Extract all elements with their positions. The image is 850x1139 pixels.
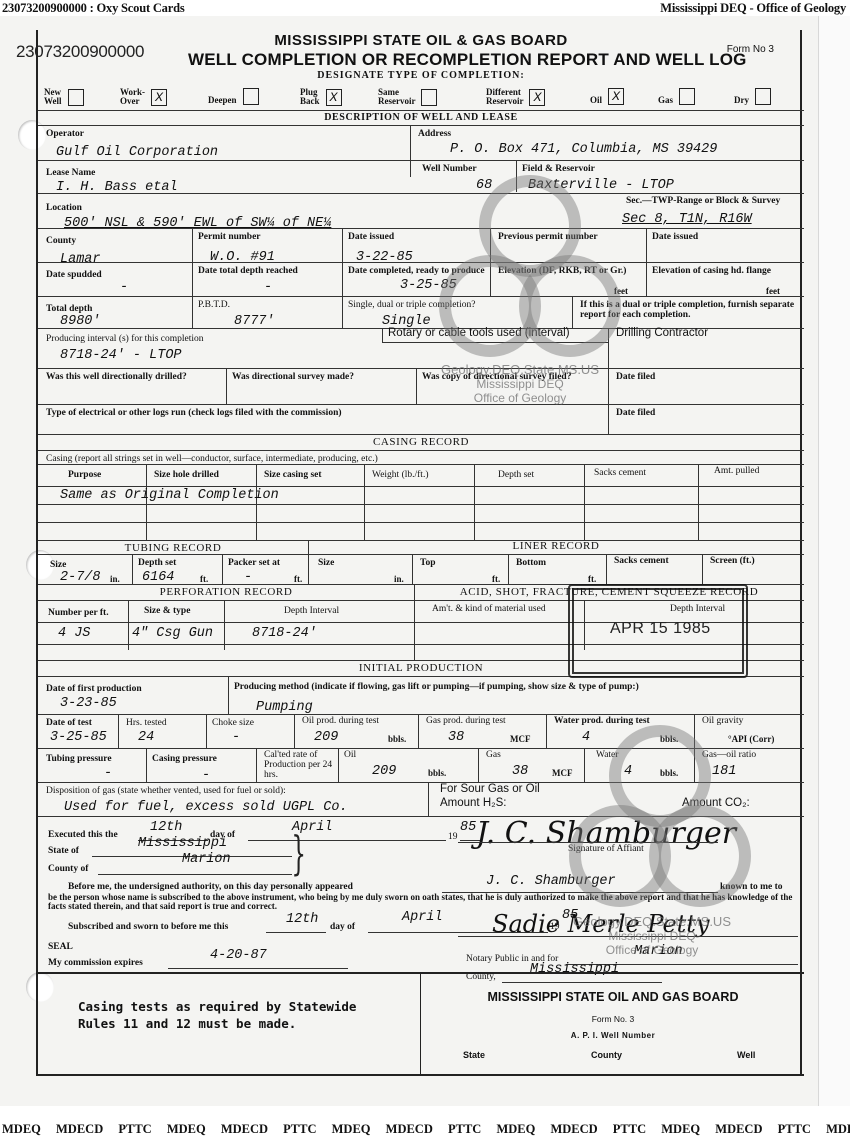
checkbox-gas[interactable]: Gas bbox=[658, 88, 695, 105]
disposition-label: Disposition of gas (state whether vented… bbox=[46, 786, 286, 796]
commission-label: My commission expires bbox=[48, 958, 143, 968]
board-form-number: Form No. 3 bbox=[421, 1014, 805, 1024]
section-title-well-lease: DESCRIPTION OF WELL AND LEASE bbox=[38, 112, 804, 123]
gas-rate-label: Gas bbox=[486, 750, 501, 760]
date-td-label: Date total depth reached bbox=[198, 266, 298, 276]
signature-line bbox=[458, 936, 798, 937]
date-spudded-value[interactable]: - bbox=[120, 280, 128, 295]
first-production-label: Date of first production bbox=[46, 684, 142, 694]
checkbox-new-well[interactable]: NewWell bbox=[44, 88, 84, 106]
commission-value[interactable]: 4-20-87 bbox=[210, 948, 267, 963]
divider bbox=[428, 782, 429, 816]
underline bbox=[168, 968, 348, 969]
appeared-name[interactable]: J. C. Shamburger bbox=[486, 874, 616, 889]
section-title-perforation: PERFORATION RECORD bbox=[38, 586, 414, 598]
checkbox-oil[interactable]: Oil X bbox=[590, 88, 624, 105]
county-of-value[interactable]: Marion bbox=[182, 852, 231, 867]
water-test-value[interactable]: 4 bbox=[582, 730, 590, 745]
liner-col-sacks: Sacks cement bbox=[614, 556, 669, 566]
test-date-label: Date of test bbox=[46, 718, 92, 728]
perf-row-1-depth[interactable]: 8718-24' bbox=[252, 626, 317, 641]
field-reservoir-label: Field & Reservoir bbox=[522, 164, 595, 174]
notary-signature: Sadie Merle Petty bbox=[492, 910, 710, 938]
divider bbox=[608, 328, 609, 368]
test-date-value[interactable]: 3-25-85 bbox=[50, 730, 107, 745]
date-completed-label: Date completed, ready to produce bbox=[348, 266, 488, 276]
divider bbox=[226, 368, 227, 404]
choke-size-label: Choke size bbox=[212, 718, 254, 728]
hrs-tested-value[interactable]: 24 bbox=[138, 730, 154, 745]
water-test-label: Water prod. during test bbox=[554, 716, 650, 726]
sworn-day-of-label: day of bbox=[330, 922, 355, 932]
date-spudded-label: Date spudded bbox=[46, 270, 102, 280]
casing-tests-note: Casing tests as required by Statewide Ru… bbox=[78, 998, 356, 1032]
executed-year[interactable]: 85 bbox=[460, 820, 476, 835]
casing-col-amt-pulled: Amt. pulled bbox=[714, 466, 759, 476]
county-of-label: County of bbox=[48, 864, 88, 874]
divider bbox=[38, 404, 804, 405]
board-title: MISSISSIPPI STATE OIL AND GAS BOARD bbox=[421, 990, 805, 1004]
producing-method-value[interactable]: Pumping bbox=[256, 700, 313, 715]
divider bbox=[206, 714, 207, 748]
casing-col-weight: Weight (lb./ft.) bbox=[372, 470, 429, 480]
co2-label: Amount CO₂: bbox=[682, 798, 750, 808]
tubing-depth-label: Depth set bbox=[138, 558, 176, 568]
underline bbox=[98, 874, 292, 875]
previous-permit-label: Previous permit number bbox=[498, 232, 598, 242]
acid-col-material: Am't. & kind of material used bbox=[432, 604, 546, 614]
underline bbox=[266, 932, 326, 933]
gas-test-value[interactable]: 38 bbox=[448, 730, 464, 745]
liner-top-unit: ft. bbox=[492, 574, 500, 584]
water-rate-value[interactable]: 4 bbox=[624, 764, 632, 779]
sec-twp-range-label: Sec.—TWP-Range or Block & Survey bbox=[626, 196, 780, 206]
perf-row-1-size-type[interactable]: 4" Csg Gun bbox=[132, 626, 213, 641]
casing-pressure-value[interactable]: - bbox=[202, 768, 210, 783]
sec-twp-range-value[interactable]: Sec 8, T1N, R16W bbox=[622, 212, 752, 227]
logs-date-filed-label: Date filed bbox=[616, 408, 655, 418]
hrs-tested-label: Hrs. tested bbox=[126, 718, 167, 728]
divider bbox=[294, 714, 295, 748]
casing-col-sacks: Sacks cement bbox=[594, 468, 646, 478]
divider bbox=[412, 554, 413, 584]
page-edge bbox=[818, 16, 850, 1106]
executed-day[interactable]: 12th bbox=[150, 820, 182, 835]
logs-run-label: Type of electrical or other logs run (ch… bbox=[46, 408, 342, 418]
tubing-pressure-label: Tubing pressure bbox=[46, 754, 112, 764]
divider bbox=[606, 554, 607, 584]
checkbox-plug-back[interactable]: PlugBack X bbox=[300, 88, 342, 106]
checkbox-dry[interactable]: Dry bbox=[734, 88, 771, 105]
source-title: Mississippi DEQ - Office of Geology bbox=[660, 1, 846, 16]
divider bbox=[128, 600, 129, 650]
divider bbox=[702, 554, 703, 584]
oil-test-label: Oil prod. during test bbox=[302, 716, 379, 726]
liner-bottom-unit: ft. bbox=[588, 574, 596, 584]
executed-label: Executed this the bbox=[48, 830, 118, 840]
completion-kind-label: Single, dual or triple completion? bbox=[348, 300, 475, 310]
divider bbox=[38, 450, 804, 451]
divider bbox=[38, 368, 804, 369]
elevation-unit: feet bbox=[614, 286, 628, 296]
elevation-casing-label: Elevation of casing hd. flange bbox=[652, 266, 782, 276]
well-completion-form: 23073200900000 MISSISSIPPI STATE OIL & G… bbox=[36, 30, 802, 1076]
producing-method-label: Producing method (indicate if flowing, g… bbox=[234, 682, 639, 692]
divider bbox=[516, 160, 517, 192]
api-county-label: County bbox=[591, 1050, 622, 1060]
api-state-label: State bbox=[463, 1050, 485, 1060]
form-header: 23073200900000 MISSISSIPPI STATE OIL & G… bbox=[38, 30, 804, 120]
well-number-value[interactable]: 68 bbox=[476, 178, 492, 193]
sworn-day[interactable]: 12th bbox=[286, 912, 318, 927]
divider bbox=[118, 714, 119, 748]
producing-interval-value[interactable]: 8718-24' - LTOP bbox=[60, 348, 182, 363]
water-test-unit: bbls. bbox=[660, 734, 678, 744]
oil-rate-label: Oil bbox=[344, 750, 356, 760]
casing-col-purpose: Purpose bbox=[68, 470, 101, 480]
divider bbox=[474, 464, 475, 540]
section-title-liner: LINER RECORD bbox=[308, 540, 804, 552]
date-issued-label: Date issued bbox=[348, 232, 394, 242]
elevation-casing-unit: feet bbox=[766, 286, 780, 296]
form-title-report: WELL COMPLETION OR RECOMPLETION REPORT A… bbox=[188, 50, 747, 70]
liner-col-top: Top bbox=[420, 558, 436, 568]
divider bbox=[38, 125, 804, 126]
divider bbox=[38, 193, 804, 194]
county-label: County bbox=[46, 236, 76, 246]
date-filed-label: Date filed bbox=[616, 372, 655, 382]
received-date: APR 15 1985 bbox=[610, 620, 711, 638]
elevation-label: Elevation (DF, RKB, RT or Gr.) bbox=[498, 266, 638, 276]
executed-year-prefix: 19 bbox=[448, 832, 458, 842]
total-depth-label: Total depth bbox=[46, 304, 92, 314]
scanned-form-page: 23073200900000 MISSISSIPPI STATE OIL & G… bbox=[0, 16, 850, 1106]
sour-gas-label: For Sour Gas or Oil bbox=[440, 784, 540, 794]
divider bbox=[38, 464, 804, 465]
well-number-label: Well Number bbox=[422, 164, 477, 174]
oil-test-value[interactable]: 209 bbox=[314, 730, 338, 745]
county-value[interactable]: Lamar bbox=[60, 252, 101, 267]
location-label: Location bbox=[46, 203, 82, 213]
survey-made-label: Was directional survey made? bbox=[232, 372, 354, 382]
oil-gravity-unit: °API (Corr) bbox=[728, 734, 774, 744]
casing-col-size-casing: Size casing set bbox=[264, 470, 322, 480]
field-reservoir-value[interactable]: Baxterville - LTOP bbox=[528, 178, 674, 193]
oil-gravity-label: Oil gravity bbox=[702, 716, 743, 726]
form-number: Form No 3 bbox=[727, 44, 774, 55]
divider bbox=[38, 228, 804, 229]
tubing-depth-unit: ft. bbox=[200, 574, 208, 584]
gas-rate-value[interactable]: 38 bbox=[512, 764, 528, 779]
tubing-size-unit: in. bbox=[110, 574, 120, 584]
divider bbox=[584, 464, 585, 540]
packer-value[interactable]: - bbox=[244, 570, 252, 585]
divider bbox=[410, 125, 411, 177]
perf-row-1-number[interactable]: 4 JS bbox=[58, 626, 90, 641]
divider bbox=[38, 110, 804, 111]
checkbox-deepen[interactable]: Deepen bbox=[208, 88, 259, 105]
tubing-size-value[interactable]: 2-7/8 bbox=[60, 570, 101, 585]
operator-label: Operator bbox=[46, 129, 84, 139]
state-of-value[interactable]: Mississippi bbox=[138, 836, 227, 851]
drilling-contractor-label: Drilling Contractor bbox=[616, 328, 708, 338]
liner-size-unit: in. bbox=[394, 574, 404, 584]
divider bbox=[222, 554, 223, 584]
signature-line bbox=[458, 842, 718, 843]
gas-rate-unit: MCF bbox=[552, 768, 573, 778]
divider bbox=[338, 748, 339, 782]
tubing-pressure-value[interactable]: - bbox=[104, 766, 112, 781]
divider bbox=[584, 748, 585, 782]
pbtd-value[interactable]: 8777' bbox=[234, 314, 275, 329]
divider bbox=[608, 368, 609, 434]
oath-text: be the person whose name is subscribed t… bbox=[48, 893, 800, 911]
known-text: known to me to bbox=[720, 882, 783, 892]
water-rate-label: Water bbox=[596, 750, 618, 760]
oil-rate-unit: bbls. bbox=[428, 768, 446, 778]
divider bbox=[546, 714, 547, 748]
casing-instruction: Casing (report all strings set in well—c… bbox=[46, 454, 378, 464]
casing-pressure-label: Casing pressure bbox=[152, 754, 217, 764]
divider bbox=[224, 600, 225, 650]
divider bbox=[38, 160, 804, 161]
divider bbox=[364, 464, 365, 540]
divider bbox=[382, 328, 383, 342]
signature-affiant-label: Signature of Affiant bbox=[568, 844, 644, 854]
divider bbox=[132, 554, 133, 584]
address-value[interactable]: P. O. Box 471, Columbia, MS 39429 bbox=[450, 142, 717, 157]
date-td-value[interactable]: - bbox=[264, 280, 272, 295]
brace: } bbox=[291, 830, 306, 876]
casing-row-1-purpose[interactable]: Same as Original Completion bbox=[60, 488, 279, 503]
sworn-month[interactable]: April bbox=[402, 910, 443, 925]
api-well-number-label: A. P. I. Well Number bbox=[421, 1031, 805, 1040]
divider bbox=[694, 748, 695, 782]
permit-number-label: Permit number bbox=[198, 232, 261, 242]
divider bbox=[38, 748, 804, 749]
liner-col-bottom: Bottom bbox=[516, 558, 546, 568]
water-rate-unit: bbls. bbox=[660, 768, 678, 778]
checkbox-same-reservoir[interactable]: SameReservoir bbox=[378, 88, 437, 106]
divider bbox=[38, 714, 804, 715]
gas-oil-ratio-label: Gas—oil ratio bbox=[702, 750, 756, 760]
section-title-tubing: TUBING RECORD bbox=[38, 542, 308, 554]
checkbox-work-over[interactable]: Work-Over X bbox=[120, 88, 167, 106]
divider bbox=[192, 228, 193, 328]
perf-col-size-type: Size & type bbox=[144, 606, 190, 616]
seal-label: SEAL bbox=[48, 942, 73, 952]
dual-completion-note: If this is a dual or triple completion, … bbox=[580, 300, 795, 320]
address-label: Address bbox=[418, 129, 451, 139]
producing-interval-label: Producing interval (s) for this completi… bbox=[46, 334, 204, 344]
divider bbox=[38, 554, 804, 555]
previous-date-issued-label: Date issued bbox=[652, 232, 698, 242]
divider bbox=[38, 522, 804, 523]
divider bbox=[416, 368, 417, 404]
survey-filed-label: Was copy of directional survey filed? bbox=[422, 372, 602, 382]
gas-test-unit: MCF bbox=[510, 734, 531, 744]
liner-col-size: Size bbox=[318, 558, 334, 568]
disposition-value[interactable]: Used for fuel, excess sold UGPL Co. bbox=[64, 800, 348, 815]
tubing-size-label: Size bbox=[50, 560, 66, 570]
underline bbox=[248, 840, 446, 841]
sworn-label: Subscribed and sworn to before me this bbox=[68, 922, 228, 932]
directionally-drilled-label: Was this well directionally drilled? bbox=[46, 372, 187, 382]
perf-col-depth: Depth Interval bbox=[284, 606, 339, 616]
lease-name-label: Lease Name bbox=[46, 168, 95, 178]
calc-rate-label: Cal'ted rate of Production per 24 hrs. bbox=[264, 750, 336, 780]
divider bbox=[418, 714, 419, 748]
divider bbox=[38, 504, 804, 505]
date-completed-value[interactable]: 3-25-85 bbox=[400, 278, 457, 293]
divider bbox=[38, 782, 804, 783]
gas-test-label: Gas prod. during test bbox=[426, 716, 506, 726]
oil-test-unit: bbls. bbox=[388, 734, 406, 744]
packer-unit: ft. bbox=[294, 574, 302, 584]
bottom-panel: Casing tests as required by Statewide Ru… bbox=[38, 972, 804, 1076]
divider bbox=[228, 676, 229, 714]
operator-value[interactable]: Gulf Oil Corporation bbox=[56, 145, 218, 160]
divider bbox=[478, 748, 479, 782]
divider bbox=[146, 748, 147, 782]
form-title-board: MISSISSIPPI STATE OIL & GAS BOARD bbox=[38, 32, 804, 49]
divider bbox=[38, 262, 804, 263]
document-title: 23073200900000 : Oxy Scout Cards bbox=[2, 1, 185, 16]
api-well-label: Well bbox=[737, 1050, 755, 1060]
api-well-number-panel: MISSISSIPPI STATE OIL AND GAS BOARD Form… bbox=[420, 974, 804, 1074]
checkbox-different-reservoir[interactable]: DifferentReservoir X bbox=[486, 88, 545, 106]
received-date-stamp: APR 15 1985 bbox=[568, 584, 748, 678]
packer-label: Packer set at bbox=[228, 558, 280, 568]
casing-col-depth-set: Depth set bbox=[498, 470, 534, 480]
designate-type-label: DESIGNATE TYPE OF COMPLETION: bbox=[38, 70, 804, 81]
divider bbox=[572, 296, 573, 328]
divider bbox=[382, 342, 608, 343]
divider bbox=[38, 434, 804, 435]
oil-rate-value[interactable]: 209 bbox=[372, 764, 396, 779]
gas-oil-ratio-value[interactable]: 181 bbox=[712, 764, 736, 779]
divider bbox=[256, 748, 257, 782]
divider bbox=[38, 486, 804, 487]
rotary-tools-label: Rotary or cable tools used (interval) bbox=[388, 328, 570, 338]
state-of-label: State of bbox=[48, 846, 79, 856]
viewer-title-bar: 23073200900000 : Oxy Scout Cards Mississ… bbox=[0, 0, 850, 16]
divider bbox=[698, 464, 699, 540]
section-title-casing: CASING RECORD bbox=[38, 436, 804, 448]
divider bbox=[508, 554, 509, 584]
divider bbox=[694, 714, 695, 748]
divider bbox=[38, 296, 804, 297]
pbtd-label: P.B.T.D. bbox=[198, 300, 230, 310]
choke-size-value[interactable]: - bbox=[232, 730, 240, 745]
divider bbox=[342, 228, 343, 328]
liner-col-screen: Screen (ft.) bbox=[710, 556, 755, 566]
casing-col-size-hole: Size hole drilled bbox=[154, 470, 219, 480]
first-production-value[interactable]: 3-23-85 bbox=[60, 696, 117, 711]
perf-col-number: Number per ft. bbox=[48, 608, 109, 618]
notary-county[interactable]: Marion bbox=[634, 944, 683, 959]
total-depth-value[interactable]: 8980' bbox=[60, 314, 101, 329]
footer-agency-strip: MDEQ MDECD PTTC MDEQ MDECD PTTC MDEQ MDE… bbox=[0, 1122, 850, 1139]
h2s-label: Amount H₂S: bbox=[440, 798, 506, 808]
appeared-text: Before me, the undersigned authority, on… bbox=[68, 882, 353, 892]
tubing-depth-value[interactable]: 6164 bbox=[142, 570, 174, 585]
